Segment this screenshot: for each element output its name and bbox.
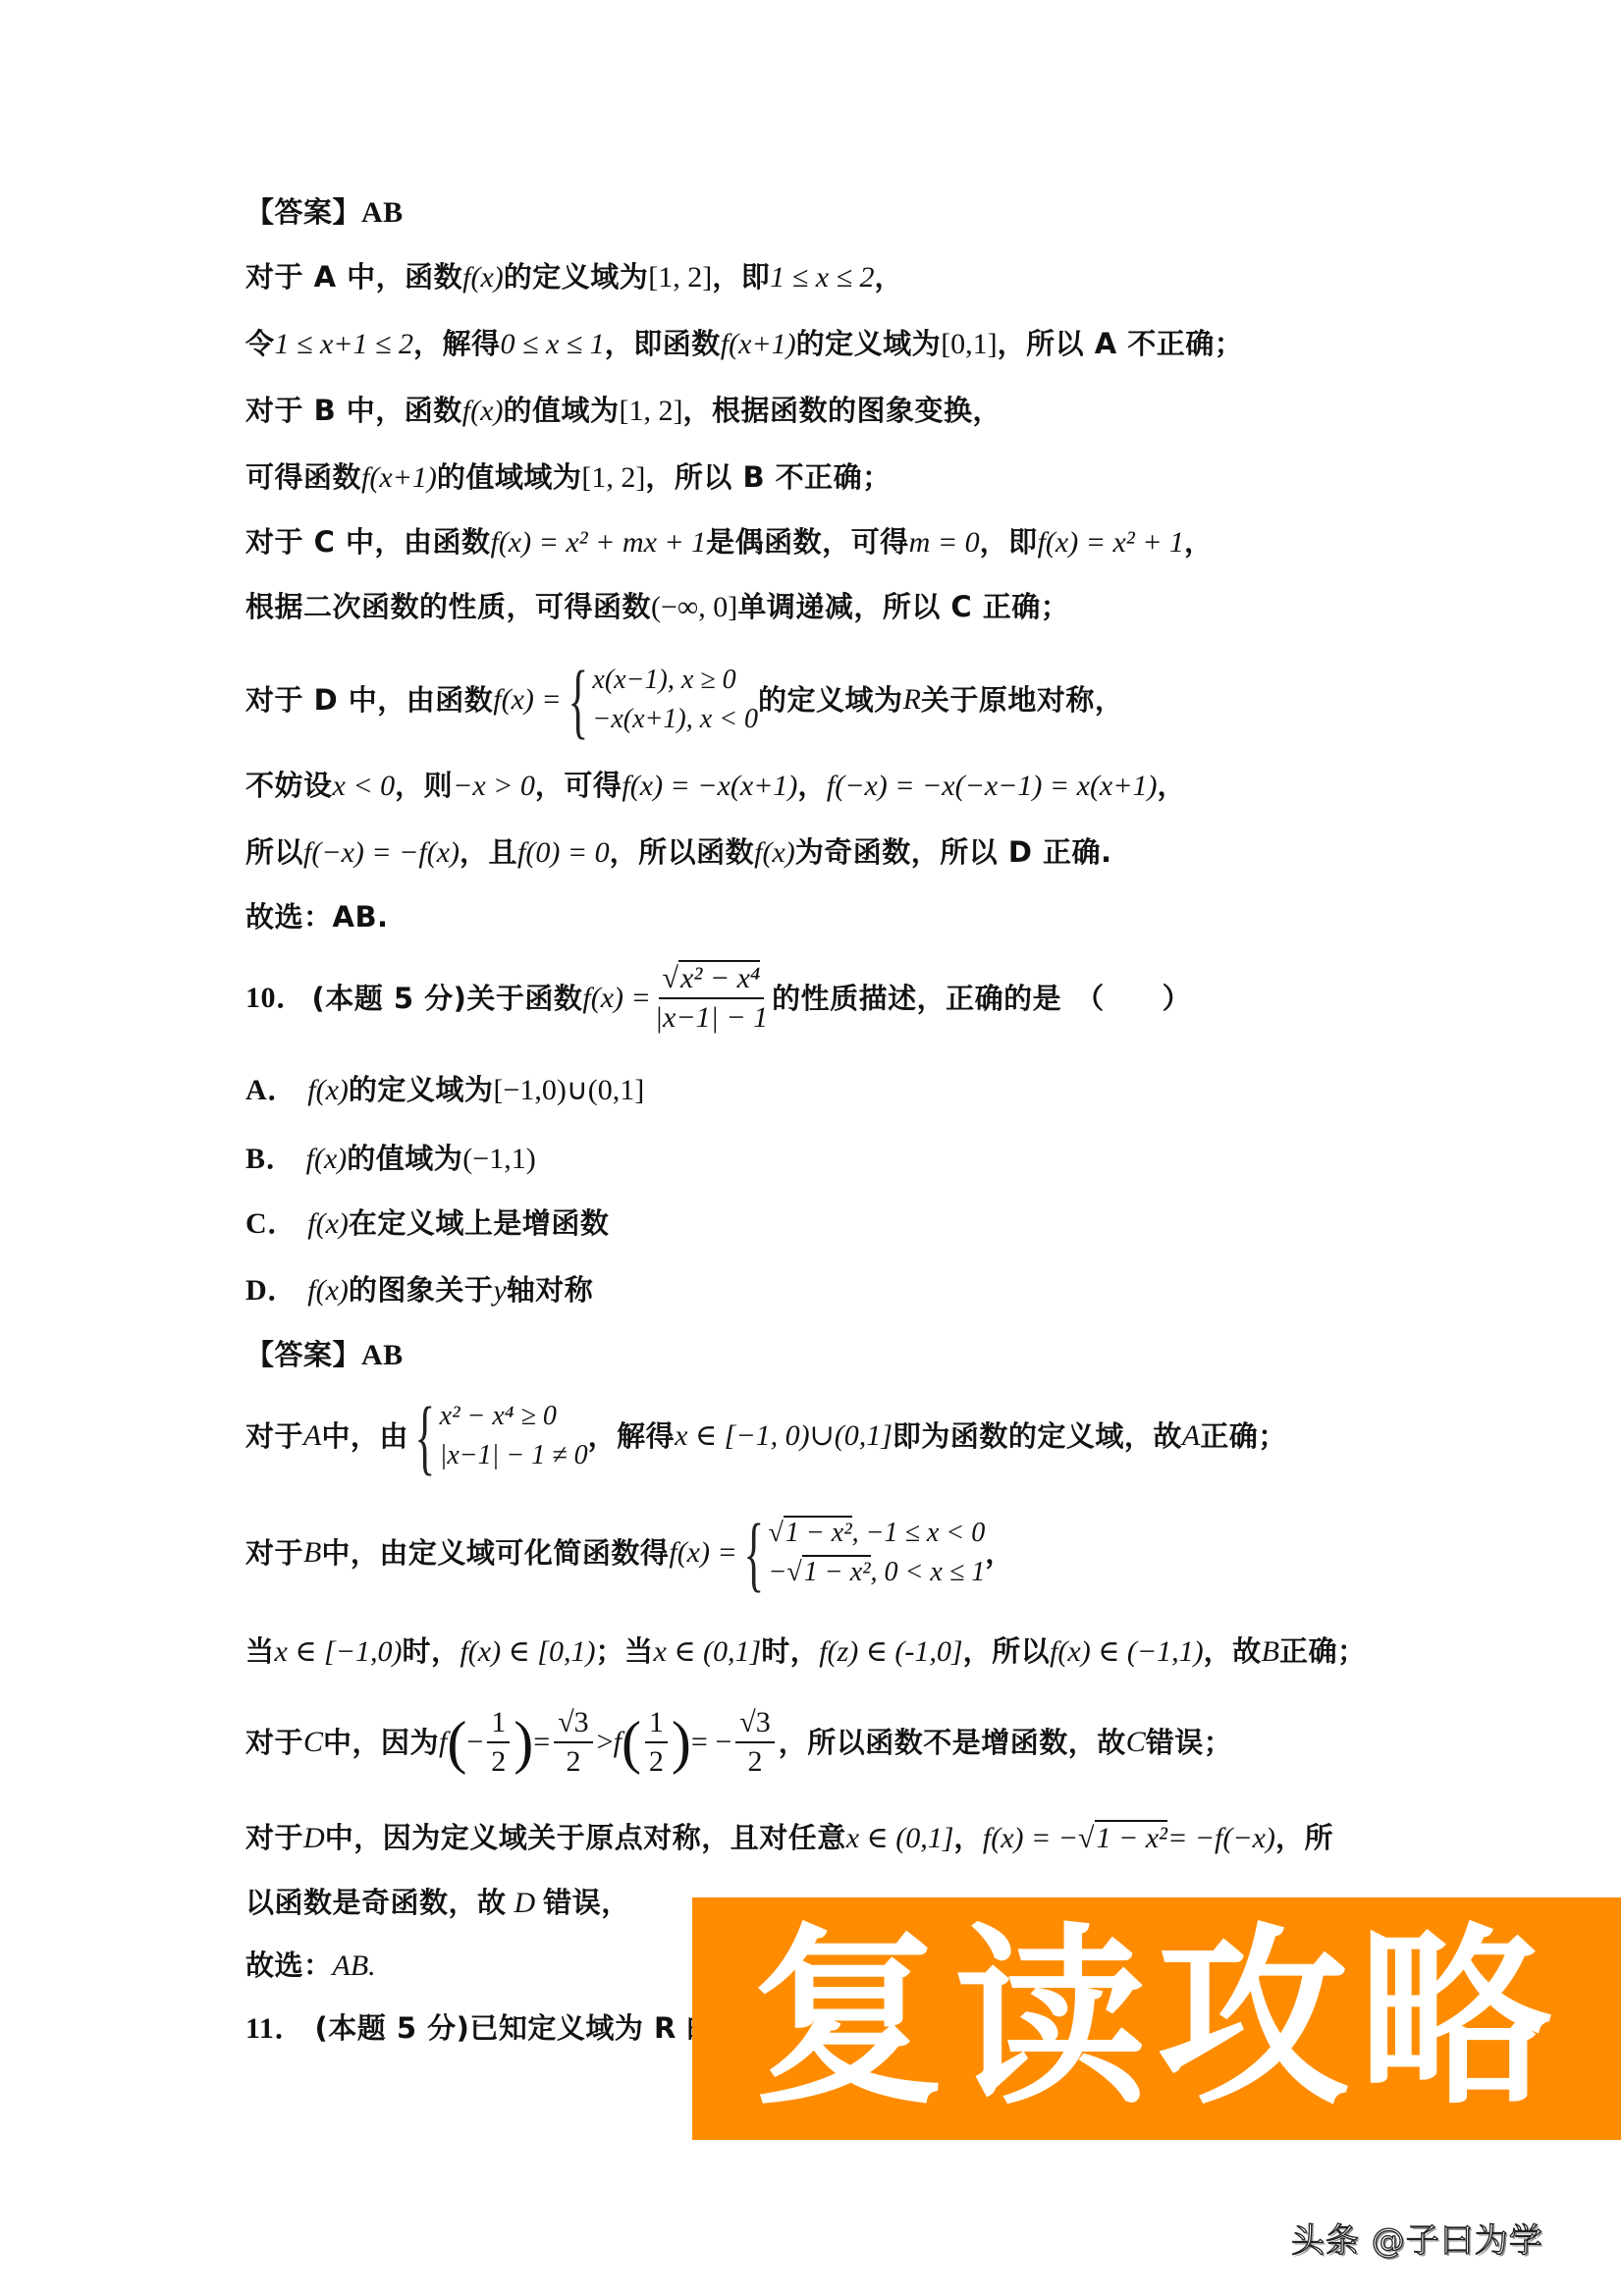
text: 是偶函数，可得 [706,525,909,559]
math: f(−x) = −x(−x−1) = x(x+1) [827,770,1158,802]
math: [1, 2] [648,261,712,294]
brace-icon: { [414,1394,435,1478]
fraction: 12 [487,1704,510,1781]
math: f(x) [306,1143,348,1175]
option-letter: C． [245,1207,298,1240]
cases: x(x−1), x ≥ 0 −x(x+1), x < 0 [592,661,758,739]
watermark: 头条 @子曰为学 [1291,2214,1543,2262]
text: ，所以 A 不正确； [998,327,1244,360]
text: 对于 B 中，函数 [245,394,462,427]
case: x² − x⁴ ≥ 0 [440,1397,588,1436]
math: f(x) = [582,979,650,1018]
math: 1 ≤ x+1 ≤ 2 [275,328,414,360]
text: 根据二次函数的性质，可得函数 [245,590,651,623]
q10-line-b2: 当x ∈ [−1,0)时，f(x) ∈ [0,1)；当x ∈ (0,1]时，f(… [245,1631,1367,1672]
banner-text: 复读攻略 [752,1923,1561,2115]
math: f(x) [307,1207,349,1240]
question-number: 10． [245,979,306,1018]
text: ，可得 [535,769,623,802]
q10-option-c: C． f(x)在定义域上是增函数 [245,1203,609,1244]
text: ，则 [395,769,453,802]
math: f(x) = −x(x+1) [622,770,797,802]
math: (−∞, 0] [651,591,737,623]
answer-value: AB [361,196,404,229]
fraction: √x² − x⁴ |x−1| − 1 [655,960,768,1037]
q10-answer-heading: 【答案】AB [245,1335,404,1375]
text: ，所以函数 [610,835,755,869]
text: 中，因为定义域关于原点对称，且对任意 [325,1821,846,1854]
option-letter: B． [245,1143,296,1175]
math: A [303,1416,321,1456]
text: 对于 [245,1416,303,1456]
text: 对于 D 中，由函数 [245,680,493,720]
text: 关于原地对称， [921,680,1124,720]
answer-blank: （ ） [1075,979,1191,1018]
text: 对于 C 中，由函数 [245,525,490,559]
sqrt-radicand: 1 − x² [784,1516,852,1548]
text: ， [985,1533,1014,1573]
brace-icon: { [568,658,588,742]
paren: ( [622,1723,641,1762]
q10-line-d: 对于D中，因为定义域关于原点对称，且对任意x ∈ (0,1]，f(x) = −√… [245,1818,1333,1858]
math: [−1,0)∪(0,1] [493,1074,644,1106]
text: 单调递减，所以 C 正确； [737,590,1069,623]
q11-stem: 11． (本题 5 分)已知定义域为 R 的函 [245,2008,744,2049]
q9-line-c1: 对于 C 中，由函数f(x) = x² + mx + 1是偶函数，可得m = 0… [245,522,1214,562]
q10-line-a: 对于A中，由 { x² − x⁴ ≥ 0 |x−1| − 1 ≠ 0 ，解得x … [245,1392,1287,1480]
denominator: 2 [747,1743,762,1781]
case: −x(x+1), x < 0 [592,700,758,739]
answer-value: AB [361,1339,404,1371]
math: B [1262,1635,1279,1668]
q10-line-c: 对于C中，因为 f(− 12) = √32 > f( 12) = − √32 ，… [245,1698,1232,1787]
denominator: 2 [566,1743,580,1781]
question-number: 11． [245,2012,304,2045]
text: 不妨设 [245,769,333,802]
numerator: √3 [554,1704,592,1743]
math: f(x+1) [361,461,437,494]
q9-line-b1: 对于 B 中，函数f(x)的值域为[1, 2]，根据函数的图象变换， [245,391,1001,431]
text: 时， [761,1634,819,1668]
text: ，即函数 [605,327,721,360]
math: x < 0 [333,770,396,802]
fraction: 12 [645,1704,668,1781]
text: 对于 A 中，函数 [245,260,462,294]
denominator: |x−1| − 1 [655,999,768,1037]
paren: ) [672,1723,691,1762]
case: |x−1| − 1 ≠ 0 [440,1436,588,1475]
math: f(x) ∈ [0,1) [460,1635,595,1668]
piecewise: { √1 − x², −1 ≤ x < 0 −√1 − x², 0 < x ≤ … [737,1511,985,1595]
math: f(x) [462,261,504,294]
text: 以函数是奇函数，故 [245,1886,507,1919]
text: ， [1157,769,1186,802]
option-letter: D． [245,1274,298,1307]
sqrt-radicand: 1 − x² [802,1555,871,1587]
cases: √1 − x², −1 ≤ x < 0 −√1 − x², 0 < x ≤ 1 [769,1514,986,1592]
math: [1, 2] [581,461,645,494]
fraction: √32 [735,1704,774,1781]
math: C [1126,1723,1146,1762]
math: AB. [333,1949,376,1982]
math: f(z) ∈ (-1,0] [819,1635,962,1668]
option-text: 的定义域为 [349,1073,494,1106]
text: 令 [245,327,275,360]
brace-icon: { [743,1511,764,1595]
text: ， [1184,525,1214,559]
math: −x > 0 [453,770,535,802]
q10-choose: 故选：AB. [245,1946,376,1986]
q9-answer-heading: 【答案】AB [245,192,404,233]
text: 所以 [245,835,303,869]
math: f [614,1723,622,1762]
q9-line-a2: 令1 ≤ x+1 ≤ 2，解得0 ≤ x ≤ 1，即函数f(x+1)的定义域为[… [245,324,1243,364]
numerator: 1 [645,1704,668,1743]
question-score: (本题 5 分) [314,2011,469,2045]
math: f(x) = x² + mx + 1 [490,526,706,559]
text: 错误； [1146,1723,1233,1762]
sqrt-radicand: x² − x⁴ [678,960,760,994]
numerator: 1 [487,1704,510,1743]
q9-line-a1: 对于 A 中，函数f(x)的定义域为[1, 2]，即1 ≤ x ≤ 2， [245,257,903,297]
paren: ( [447,1723,466,1762]
sign: − [769,1557,787,1587]
q10-line-d2: 以函数是奇函数，故D错误， [245,1883,630,1923]
piecewise: { x(x−1), x ≥ 0 −x(x+1), x < 0 [562,658,758,742]
condition: , −1 ≤ x < 0 [852,1518,986,1548]
math: = − [691,1723,731,1762]
text: 对于 [245,1821,303,1854]
math: f(0) = 0 [517,836,610,869]
math: [0,1] [941,328,997,360]
numerator: √3 [735,1704,774,1743]
question-score: (本题 5 分) [312,979,467,1018]
text: ，所以 [963,1634,1051,1668]
text: ，所 [1275,1821,1333,1854]
q9-choose: 故选：AB. [245,897,389,936]
text: ， [875,260,904,294]
math: 0 ≤ x ≤ 1 [501,328,605,360]
text: 中，由 [321,1416,408,1456]
text: 故选：AB. [245,900,389,934]
cases: x² − x⁴ ≥ 0 |x−1| − 1 ≠ 0 [440,1397,588,1475]
math: f(x) [307,1274,349,1307]
math: f(x) [307,1074,349,1106]
text: ， [953,1821,983,1854]
q10-option-a: A． f(x)的定义域为[−1,0)∪(0,1] [245,1070,644,1110]
math: x ∈ [−1,0) [275,1635,403,1668]
math: = −f(−x) [1167,1822,1275,1854]
numerator: √x² − x⁴ [659,960,765,999]
q10-stem: 10． (本题 5 分)关于函数f(x) = √x² − x⁴ |x−1| − … [245,954,1191,1042]
text: 正确； [1279,1634,1367,1668]
text: 关于函数 [466,979,582,1018]
text: ，故 [1204,1634,1262,1668]
math: R [903,680,921,720]
q10-option-d: D． f(x)的图象关于y轴对称 [245,1270,593,1310]
option-text: 轴对称 [507,1273,594,1307]
sqrt-radicand: 1 − x² [1095,1820,1168,1854]
q9-line-d1: 对于 D 中，由函数f(x) = { x(x−1), x ≥ 0 −x(x+1)… [245,656,1123,744]
math: f(x+1) [721,328,796,360]
text: 的定义域为 [504,260,649,294]
math: f(−x) = −f(x) [303,836,460,869]
text: 的值域域为 [437,460,582,494]
q9-line-d3: 所以f(−x) = −f(x)，且f(0) = 0，所以函数f(x)为奇函数，所… [245,832,1112,873]
text: 的定义域为 [796,327,942,360]
math: f(x) = − [983,1822,1078,1854]
math: > [597,1723,614,1762]
case: −√1 − x², 0 < x ≤ 1 [769,1553,986,1592]
math: f(x) = x² + 1 [1038,526,1184,559]
option-text: 的值域为 [347,1142,462,1175]
text: 的性质描述，正确的是 [772,979,1061,1018]
text: 的定义域为 [758,680,903,720]
text: 正确； [1200,1416,1287,1456]
text: 即为函数的定义域，故 [893,1416,1182,1456]
denominator: 2 [649,1743,664,1781]
text: ，即 [712,260,770,294]
text: ，解得 [413,327,501,360]
text: 的值域为 [503,394,619,427]
condition: , 0 < x ≤ 1 [871,1557,986,1587]
text: 可得函数 [245,460,361,494]
denominator: 2 [491,1743,506,1781]
math: √1 − x² [1078,1820,1167,1854]
math: m = 0 [909,526,980,559]
math: x ∈ (0,1] [654,1635,762,1668]
text: ，解得 [588,1416,676,1456]
text: ，即 [980,525,1038,559]
math: f(x) = [669,1533,736,1573]
text: ，根据函数的图象变换， [682,394,1001,427]
math: A [1182,1416,1200,1456]
math: f [439,1723,447,1762]
q9-line-c2: 根据二次函数的性质，可得函数(−∞, 0]单调递减，所以 C 正确； [245,587,1069,627]
case: √1 − x², −1 ≤ x < 0 [769,1514,986,1553]
math: f(x) ∈ (−1,1) [1050,1635,1204,1668]
system: { x² − x⁴ ≥ 0 |x−1| − 1 ≠ 0 [408,1394,588,1478]
math: D [303,1822,325,1854]
case: x(x−1), x ≥ 0 [592,661,758,700]
text: 故选： [245,1949,333,1982]
math: D [514,1887,536,1919]
q10-option-b: B． f(x)的值域为(−1,1) [245,1139,536,1179]
math: f(x) = [493,680,561,720]
math: (−1,1) [462,1143,535,1175]
math: f(x) [462,395,504,427]
q9-line-b2: 可得函数f(x+1)的值域域为[1, 2]，所以 B 不正确； [245,457,892,498]
text: 中，由定义域可化简函数得 [321,1533,669,1573]
text: 对于 [245,1533,303,1573]
text: 中，因为 [323,1723,439,1762]
math: B [303,1533,321,1573]
math: f(x) [754,836,795,869]
math: C [303,1723,323,1762]
text: ，所以函数不是增函数，故 [779,1723,1126,1762]
q9-line-d2: 不妨设x < 0，则−x > 0，可得f(x) = −x(x+1)，f(−x) … [245,766,1186,806]
math: − [466,1723,483,1762]
text: ，所以 B 不正确； [645,460,891,494]
paren: ) [514,1723,533,1762]
text: 为奇函数，所以 D 正确. [795,835,1112,869]
answer-label: 【答案】 [245,1338,361,1371]
text: ，且 [460,835,517,869]
math: x ∈ (0,1] [846,1822,954,1854]
promo-banner: 复读攻略 [692,1897,1621,2140]
text: ；当 [595,1634,653,1668]
text: 时， [402,1634,460,1668]
math: = [533,1723,550,1762]
option-text: 在定义域上是增函数 [349,1206,610,1240]
q10-line-b: 对于B中，由定义域可化简函数得f(x) = { √1 − x², −1 ≤ x … [245,1504,1014,1602]
text: 当 [245,1634,275,1668]
answer-label: 【答案】 [245,195,361,229]
option-text: 的图象关于 [349,1273,494,1307]
math: [1, 2] [619,395,682,427]
option-letter: A． [245,1074,298,1106]
fraction: √32 [554,1704,592,1781]
text: 对于 [245,1723,303,1762]
math: y [493,1274,506,1307]
text: ， [797,769,827,802]
math: x ∈ [−1, 0)∪(0,1] [675,1416,893,1456]
math: 1 ≤ x ≤ 2 [770,261,874,294]
text: 错误， [543,1886,630,1919]
